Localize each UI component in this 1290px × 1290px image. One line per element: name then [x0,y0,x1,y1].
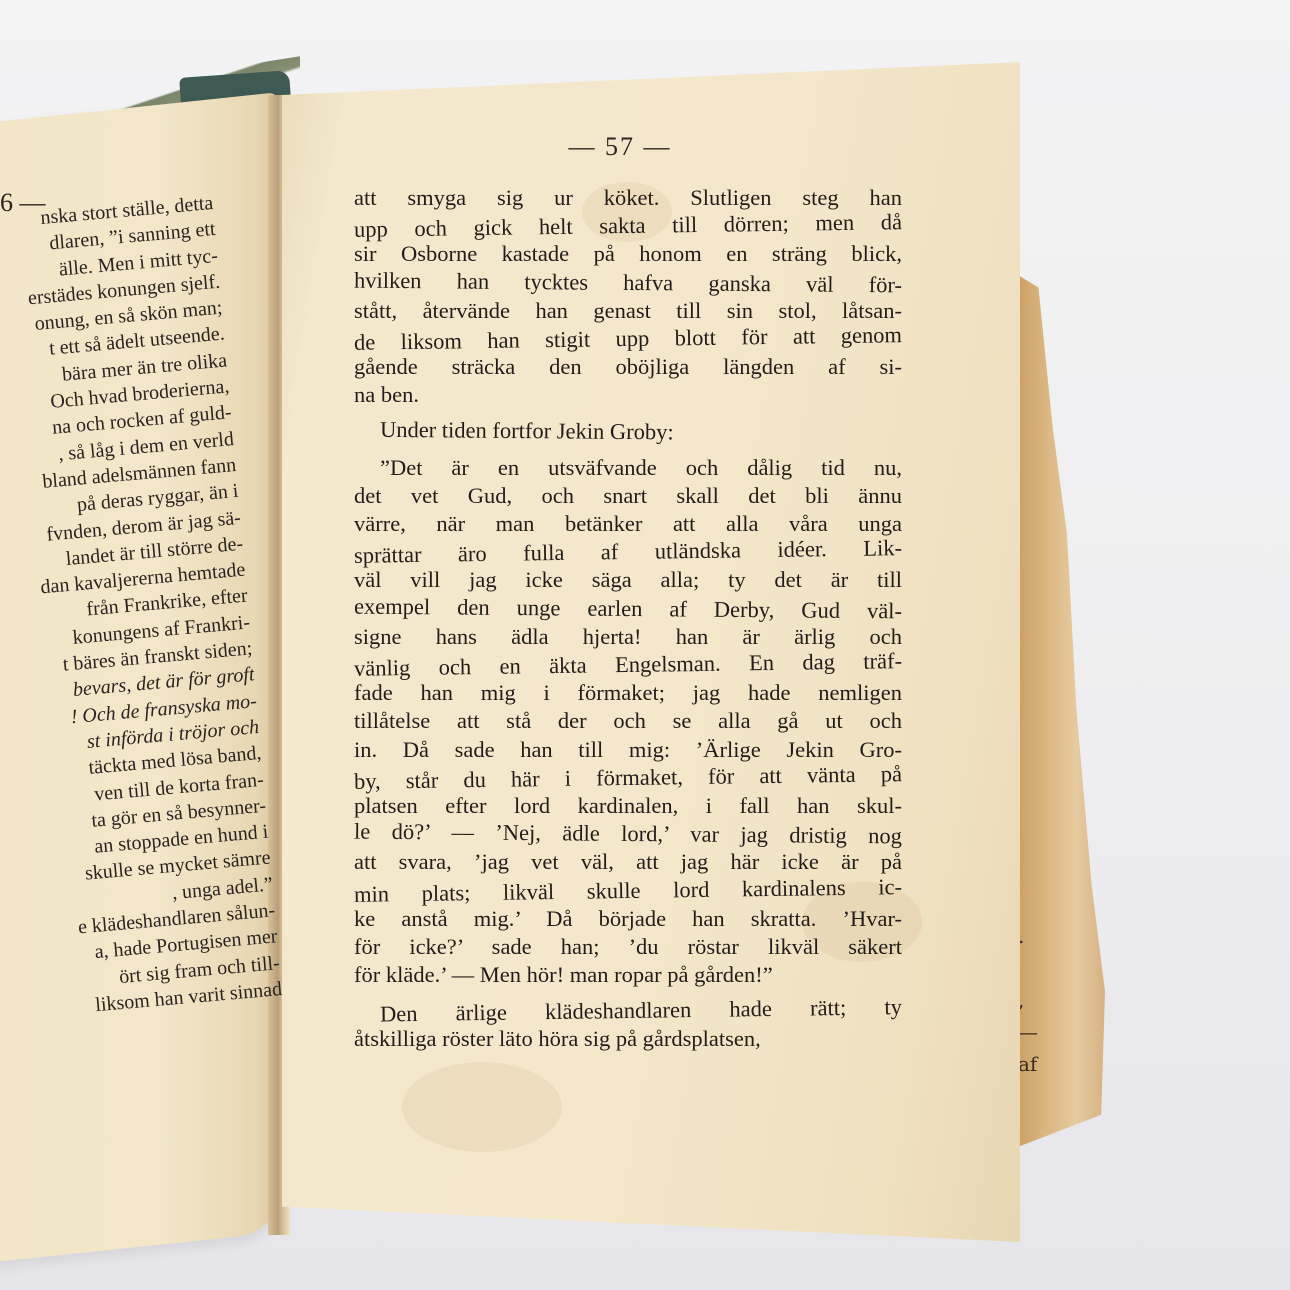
text-line: na ben. [354,381,902,409]
right-page-text: att smyga sig ur köket. Slutligen steg h… [354,184,902,1054]
text-line: Under tiden fortfor Jekin Groby: [354,415,902,448]
text-line: by, står du här i förmaket, för att vänt… [354,760,902,796]
text-line: för icke?’ sade han; ’du röstar likväl s… [354,933,902,961]
book-photo: . , — af 6 — nska stort ställe, dettadla… [0,0,1290,1290]
text-line: stått, återvände han genast till sin sto… [354,297,902,325]
text-line: tillåtelse att stå der och se alla gå ut… [354,707,902,735]
text-line: Den ärlige klädeshandlaren hade rätt; ty [354,993,902,1029]
text-line: fade han mig i förmaket; jag hade nemlig… [354,679,902,707]
text-line: signe hans ädla hjerta! han är ärlig och [354,623,902,651]
text-line: ke anstå mig.’ Då började han skratta. ’… [354,905,902,933]
text-line: åtskilliga röster läto höra sig på gårds… [354,1025,902,1053]
text-line: att smyga sig ur köket. Slutligen steg h… [354,184,902,212]
text-line: sir Osborne kastade på honom en sträng b… [354,240,902,268]
text-line: ”Det är en utsväfvande och dålig tid nu, [354,454,902,482]
text-line: le dö?’ — ’Nej, ädle lord,’ var jag dris… [354,818,902,851]
text-line: för kläde.’ — Men hör! man ropar på gård… [354,961,902,989]
page-number: — 57 — [540,132,700,162]
text-line: gående sträcka den oböjliga längden af s… [354,353,902,381]
text-line: hvilken han tycktes hafva ganska väl för… [354,266,902,299]
back-page-text-fragment: . , — af [1018,920,1038,1080]
text-line: de liksom han stigit upp blott för att g… [354,321,902,357]
text-line: upp och gick helt sakta till dörren; men… [354,208,902,244]
text-line: min plats; likväl skulle lord kardinalen… [354,873,902,909]
text-line: väl vill jag icke säga alla; ty det är t… [354,566,902,594]
text-line: att svara, ’jag vet väl, att jag här ick… [354,848,902,876]
text-line: exempel den unge earlen af Derby, Gud vä… [354,592,902,625]
text-line: in. Då sade han till mig: ’Ärlige Jekin … [354,736,902,764]
text-line: vänlig och en äkta Engelsman. En dag trä… [354,647,902,683]
text-line: sprättar äro fulla af utländska idéer. L… [354,534,902,570]
text-line: värre, när man betänker att alla våra un… [354,510,902,538]
text-line: det vet Gud, och snart skall det bli änn… [354,482,902,510]
text-line: platsen efter lord kardinalen, i fall ha… [354,792,902,820]
